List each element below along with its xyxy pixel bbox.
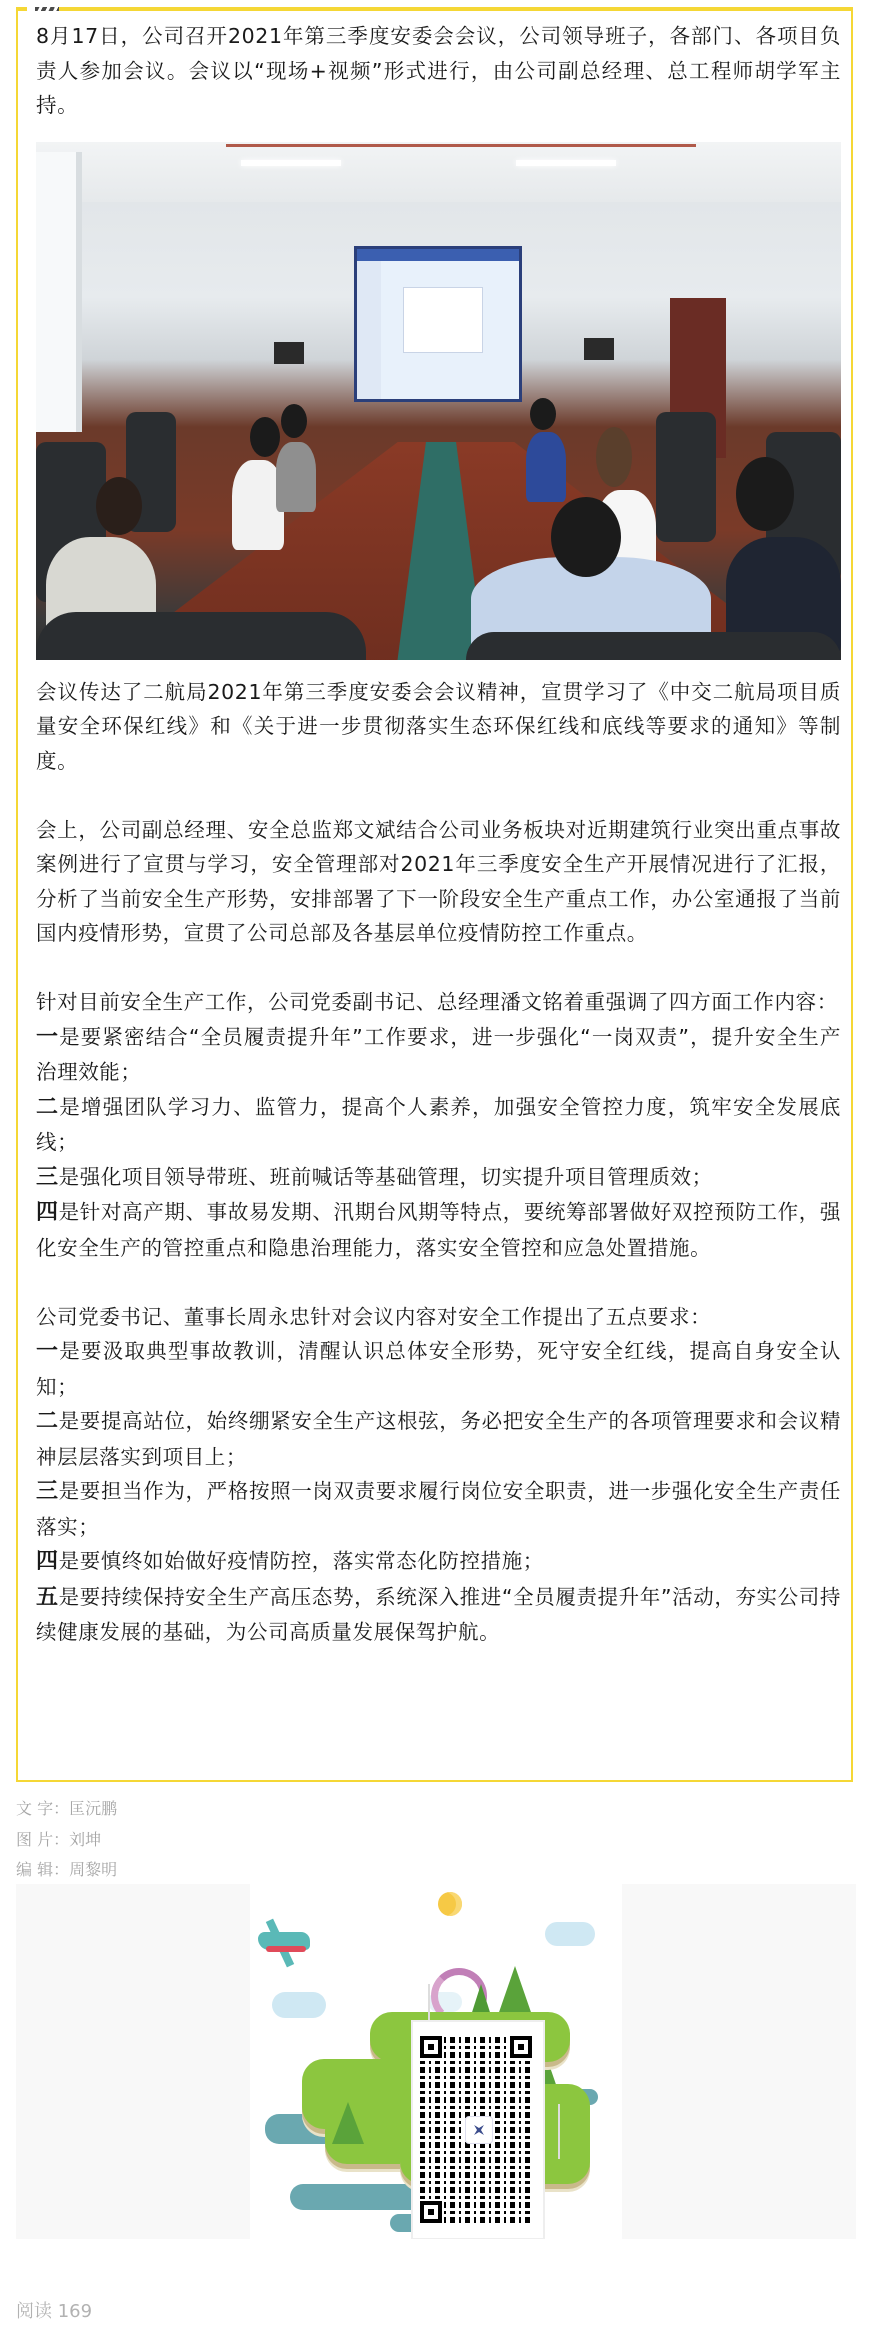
point-number: 二 [36, 1095, 59, 1120]
five-point-item: 四是要慎终如始做好疫情防控，落实常态化防控措施； [36, 1544, 841, 1580]
five-point-item: 二是要提高站位，始终绷紧安全生产这根弦，务必把安全生产的各项管理要求和会议精神层… [36, 1404, 841, 1474]
paragraph-spacer [36, 778, 841, 813]
photo-projection-screen [354, 246, 522, 402]
credit-text-author: 文 字：匡沅鹏 [16, 1794, 117, 1825]
paragraph-briefing: 会上，公司副总经理、安全总监郑文斌结合公司业务板块对近期建筑行业突出重点事故案例… [36, 813, 841, 951]
point-text: 是强化项目领导带班、班前喊话等基础管理，切实提升项目管理质效； [59, 1165, 713, 1189]
paragraph-intro: 8月17日，公司召开2021年第三季度安委会会议，公司领导班子，各部门、各项目负… [36, 19, 841, 123]
point-text: 是要担当作为，严格按照一岗双责要求履行岗位安全职责，进一步强化安全生产责任落实； [36, 1479, 841, 1539]
credit-value: 匡沅鹏 [69, 1799, 117, 1818]
credit-value: 刘坤 [69, 1830, 101, 1849]
meeting-photo [36, 142, 841, 660]
photo-chair-foreground [36, 612, 366, 660]
wind-turbine-icon [428, 1984, 430, 2024]
qr-finder-pattern [420, 2201, 442, 2223]
four-point-item: 三是强化项目领导带班、班前喊话等基础管理，切实提升项目管理质效； [36, 1160, 841, 1196]
qr-image-container [16, 1884, 856, 2239]
photo-person-head [96, 477, 142, 535]
sun-icon [438, 1892, 462, 1916]
photo-chair-foreground [466, 632, 841, 660]
read-count: 阅读 169 [16, 2300, 92, 2324]
credit-editor: 编 辑：周黎明 [16, 1855, 117, 1886]
photo-speaker [274, 342, 304, 364]
photo-person-head [281, 404, 307, 438]
photo-person [276, 442, 316, 512]
point-text: 是要提高站位，始终绷紧安全生产这根弦，务必把安全生产的各项管理要求和会议精神层层… [36, 1409, 841, 1469]
five-point-item: 三是要担当作为，严格按照一岗双责要求履行岗位安全职责，进一步强化安全生产责任落实… [36, 1474, 841, 1544]
point-text: 是要持续保持安全生产高压态势，系统深入推进“全员履责提升年”活动，夯实公司持续健… [36, 1585, 841, 1645]
qr-illustration [250, 1884, 622, 2239]
photo-person-head [530, 398, 556, 430]
point-number: 四 [36, 1200, 59, 1225]
screen-sidebar [357, 261, 381, 399]
four-point-item: 四是针对高产期、事故易发期、汛期台风期等特点，要统筹部署做好双控预防工作，强化安… [36, 1195, 841, 1265]
paragraph-spacer [36, 1265, 841, 1300]
paragraph-five-requirements-intro: 公司党委书记、董事长周永忠针对会议内容对安全工作提出了五点要求： [36, 1300, 841, 1335]
compass-logo-icon [465, 2116, 493, 2144]
read-label: 阅读 [16, 2301, 52, 2322]
point-text: 是要慎终如始做好疫情防控，落实常态化防控措施； [59, 1549, 544, 1573]
screen-document [403, 287, 483, 353]
point-number: 五 [36, 1585, 59, 1610]
point-number: 一 [36, 1025, 59, 1050]
point-number: 一 [36, 1339, 59, 1364]
photo-ceiling-light [241, 160, 341, 166]
point-text: 是增强团队学习力、监管力，提高个人素养，加强安全管控力度，筑牢安全发展底线； [36, 1095, 841, 1155]
five-point-item: 五是要持续保持安全生产高压态势，系统深入推进“全员履责提升年”活动，夯实公司持续… [36, 1580, 841, 1650]
credit-photographer: 图 片：刘坤 [16, 1825, 117, 1856]
article-body: 8月17日，公司召开2021年第三季度安委会会议，公司领导班子，各部门、各项目负… [36, 19, 841, 1650]
photo-ceiling-light [516, 160, 616, 166]
cloud-icon [272, 1992, 326, 2018]
point-text: 是针对高产期、事故易发期、汛期台风期等特点，要统筹部署做好双控预防工作，强化安全… [36, 1200, 841, 1260]
article-credits: 文 字：匡沅鹏 图 片：刘坤 编 辑：周黎明 [16, 1794, 117, 1886]
four-point-item: 一是要紧密结合“全员履责提升年”工作要求，进一步强化“一岗双责”，提升安全生产治… [36, 1020, 841, 1090]
credit-label: 文 字： [16, 1799, 69, 1818]
photo-person-head [596, 427, 632, 487]
point-text: 是要紧密结合“全员履责提升年”工作要求，进一步强化“一岗双责”，提升安全生产治理… [36, 1025, 841, 1085]
screen-titlebar [357, 249, 519, 261]
point-number: 三 [36, 1479, 59, 1504]
four-point-item: 二是增强团队学习力、监管力，提高个人素养，加强安全管控力度，筑牢安全发展底线； [36, 1090, 841, 1160]
qr-code-card [411, 2020, 545, 2239]
credit-label: 编 辑： [16, 1860, 69, 1879]
photo-speaker [584, 338, 614, 360]
photo-person-head [250, 417, 280, 457]
paragraph-spacer [36, 951, 841, 986]
qr-finder-pattern [420, 2036, 442, 2058]
read-count-value: 169 [58, 2301, 92, 2322]
photo-chair [656, 412, 716, 542]
photo-window [36, 152, 82, 432]
wind-turbine-icon [558, 2104, 560, 2159]
five-point-item: 一是要汲取典型事故教训，清醒认识总体安全形势，死守安全红线，提高自身安全认知； [36, 1334, 841, 1404]
photo-person [526, 432, 566, 502]
paragraph-conveyed: 会议传达了二航局2021年第三季度安委会会议精神，宣贯学习了《中交二航局项目质量… [36, 675, 841, 779]
point-text: 是要汲取典型事故教训，清醒认识总体安全形势，死守安全红线，提高自身安全认知； [36, 1339, 841, 1399]
credit-value: 周黎明 [69, 1860, 117, 1879]
paragraph-four-aspects-intro: 针对目前安全生产工作，公司党委副书记、总经理潘文铭着重强调了四方面工作内容： [36, 985, 841, 1020]
photo-person-head [736, 457, 794, 531]
point-number: 三 [36, 1165, 59, 1190]
qr-finder-pattern [510, 2036, 532, 2058]
photo-person-head [551, 497, 621, 577]
point-number: 四 [36, 1549, 59, 1574]
cloud-icon [545, 1922, 595, 1946]
airplane-icon [266, 1946, 306, 1952]
photo-pipe [226, 144, 696, 147]
credit-label: 图 片： [16, 1830, 69, 1849]
photo-ceiling [36, 142, 841, 202]
point-number: 二 [36, 1409, 59, 1434]
